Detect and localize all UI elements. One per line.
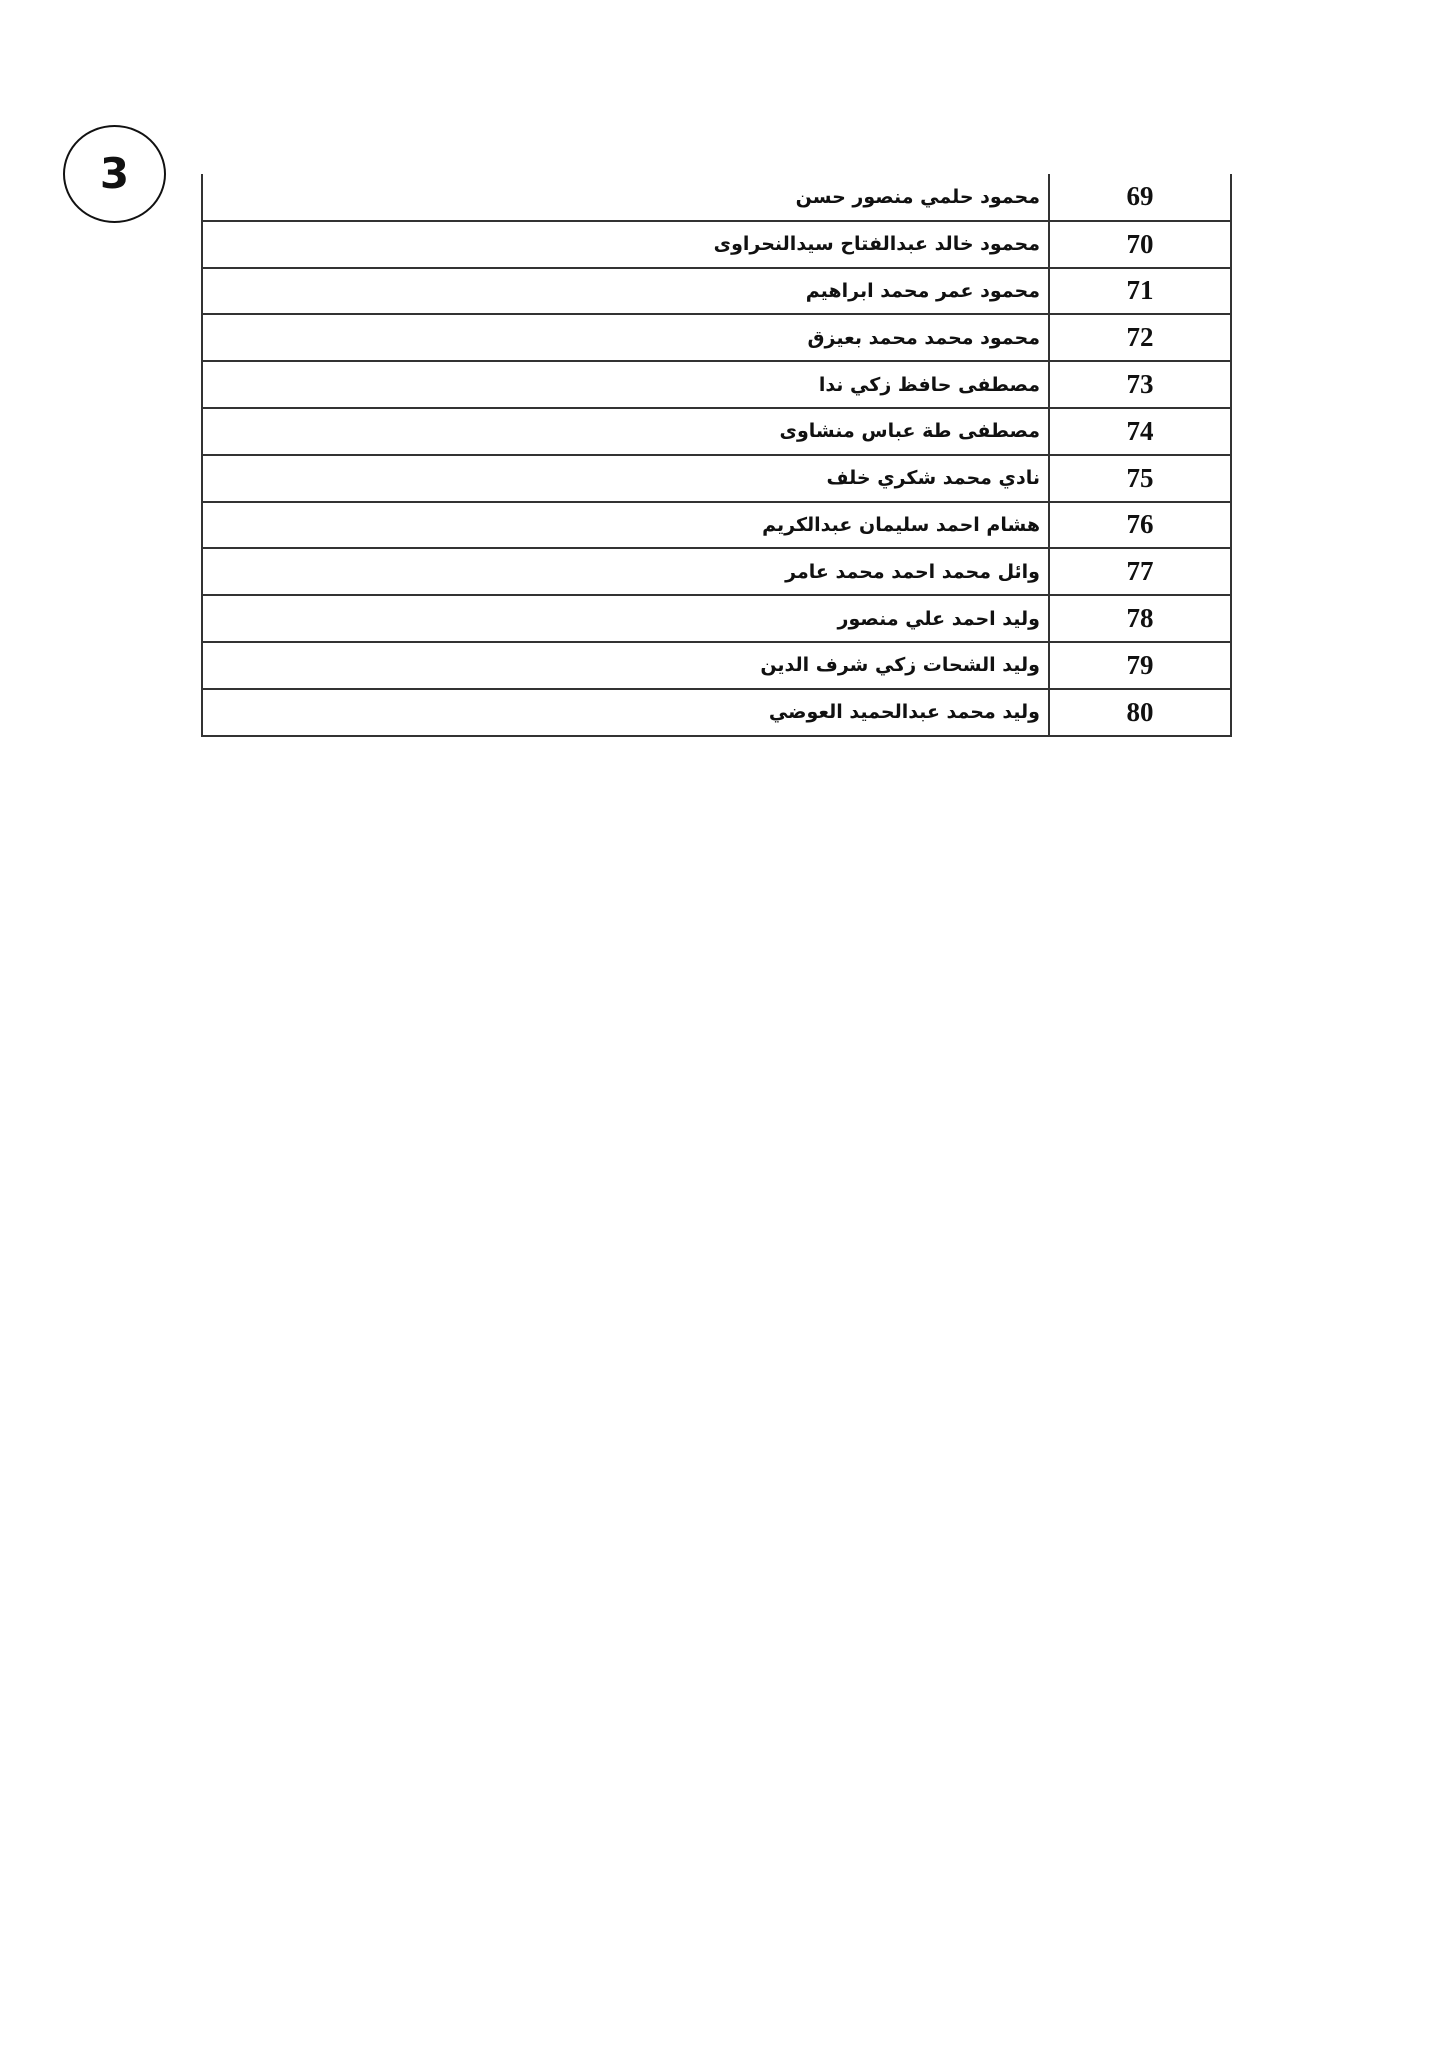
row-name: محمود خالد عبدالفتاح سيدالنحراوى [202,221,1049,268]
page-number-badge: 3 [63,125,166,223]
row-name: وليد احمد علي منصور [202,595,1049,642]
table-row: 77 وائل محمد احمد محمد عامر [202,548,1231,595]
table-row: 76 هشام احمد سليمان عبدالكريم [202,502,1231,549]
names-table: 69 محمود حلمي منصور حسن 70 محمود خالد عب… [201,174,1232,737]
table-row: 71 محمود عمر محمد ابراهيم [202,268,1231,315]
table-row: 73 مصطفى حافظ زكي ندا [202,361,1231,408]
row-name: وليد محمد عبدالحميد العوضي [202,689,1049,736]
row-name: مصطفى طة عباس منشاوى [202,408,1049,455]
row-number: 80 [1049,689,1231,736]
table-row: 69 محمود حلمي منصور حسن [202,174,1231,221]
row-number: 77 [1049,548,1231,595]
row-number: 71 [1049,268,1231,315]
row-name: محمود حلمي منصور حسن [202,174,1049,221]
row-name: محمود محمد محمد بعيزق [202,314,1049,361]
row-name: محمود عمر محمد ابراهيم [202,268,1049,315]
table-row: 79 وليد الشحات زكي شرف الدين [202,642,1231,689]
row-name: مصطفى حافظ زكي ندا [202,361,1049,408]
page-number: 3 [100,153,129,195]
row-name: هشام احمد سليمان عبدالكريم [202,502,1049,549]
row-number: 72 [1049,314,1231,361]
table-row: 72 محمود محمد محمد بعيزق [202,314,1231,361]
table-row: 78 وليد احمد علي منصور [202,595,1231,642]
row-number: 74 [1049,408,1231,455]
row-number: 73 [1049,361,1231,408]
row-number: 78 [1049,595,1231,642]
names-table-container: 69 محمود حلمي منصور حسن 70 محمود خالد عب… [201,174,1232,737]
row-name: وائل محمد احمد محمد عامر [202,548,1049,595]
row-number: 75 [1049,455,1231,502]
table-row: 80 وليد محمد عبدالحميد العوضي [202,689,1231,736]
table-row: 70 محمود خالد عبدالفتاح سيدالنحراوى [202,221,1231,268]
row-number: 69 [1049,174,1231,221]
row-name: نادي محمد شكري خلف [202,455,1049,502]
row-name: وليد الشحات زكي شرف الدين [202,642,1049,689]
table-row: 74 مصطفى طة عباس منشاوى [202,408,1231,455]
row-number: 79 [1049,642,1231,689]
row-number: 70 [1049,221,1231,268]
row-number: 76 [1049,502,1231,549]
table-row: 75 نادي محمد شكري خلف [202,455,1231,502]
